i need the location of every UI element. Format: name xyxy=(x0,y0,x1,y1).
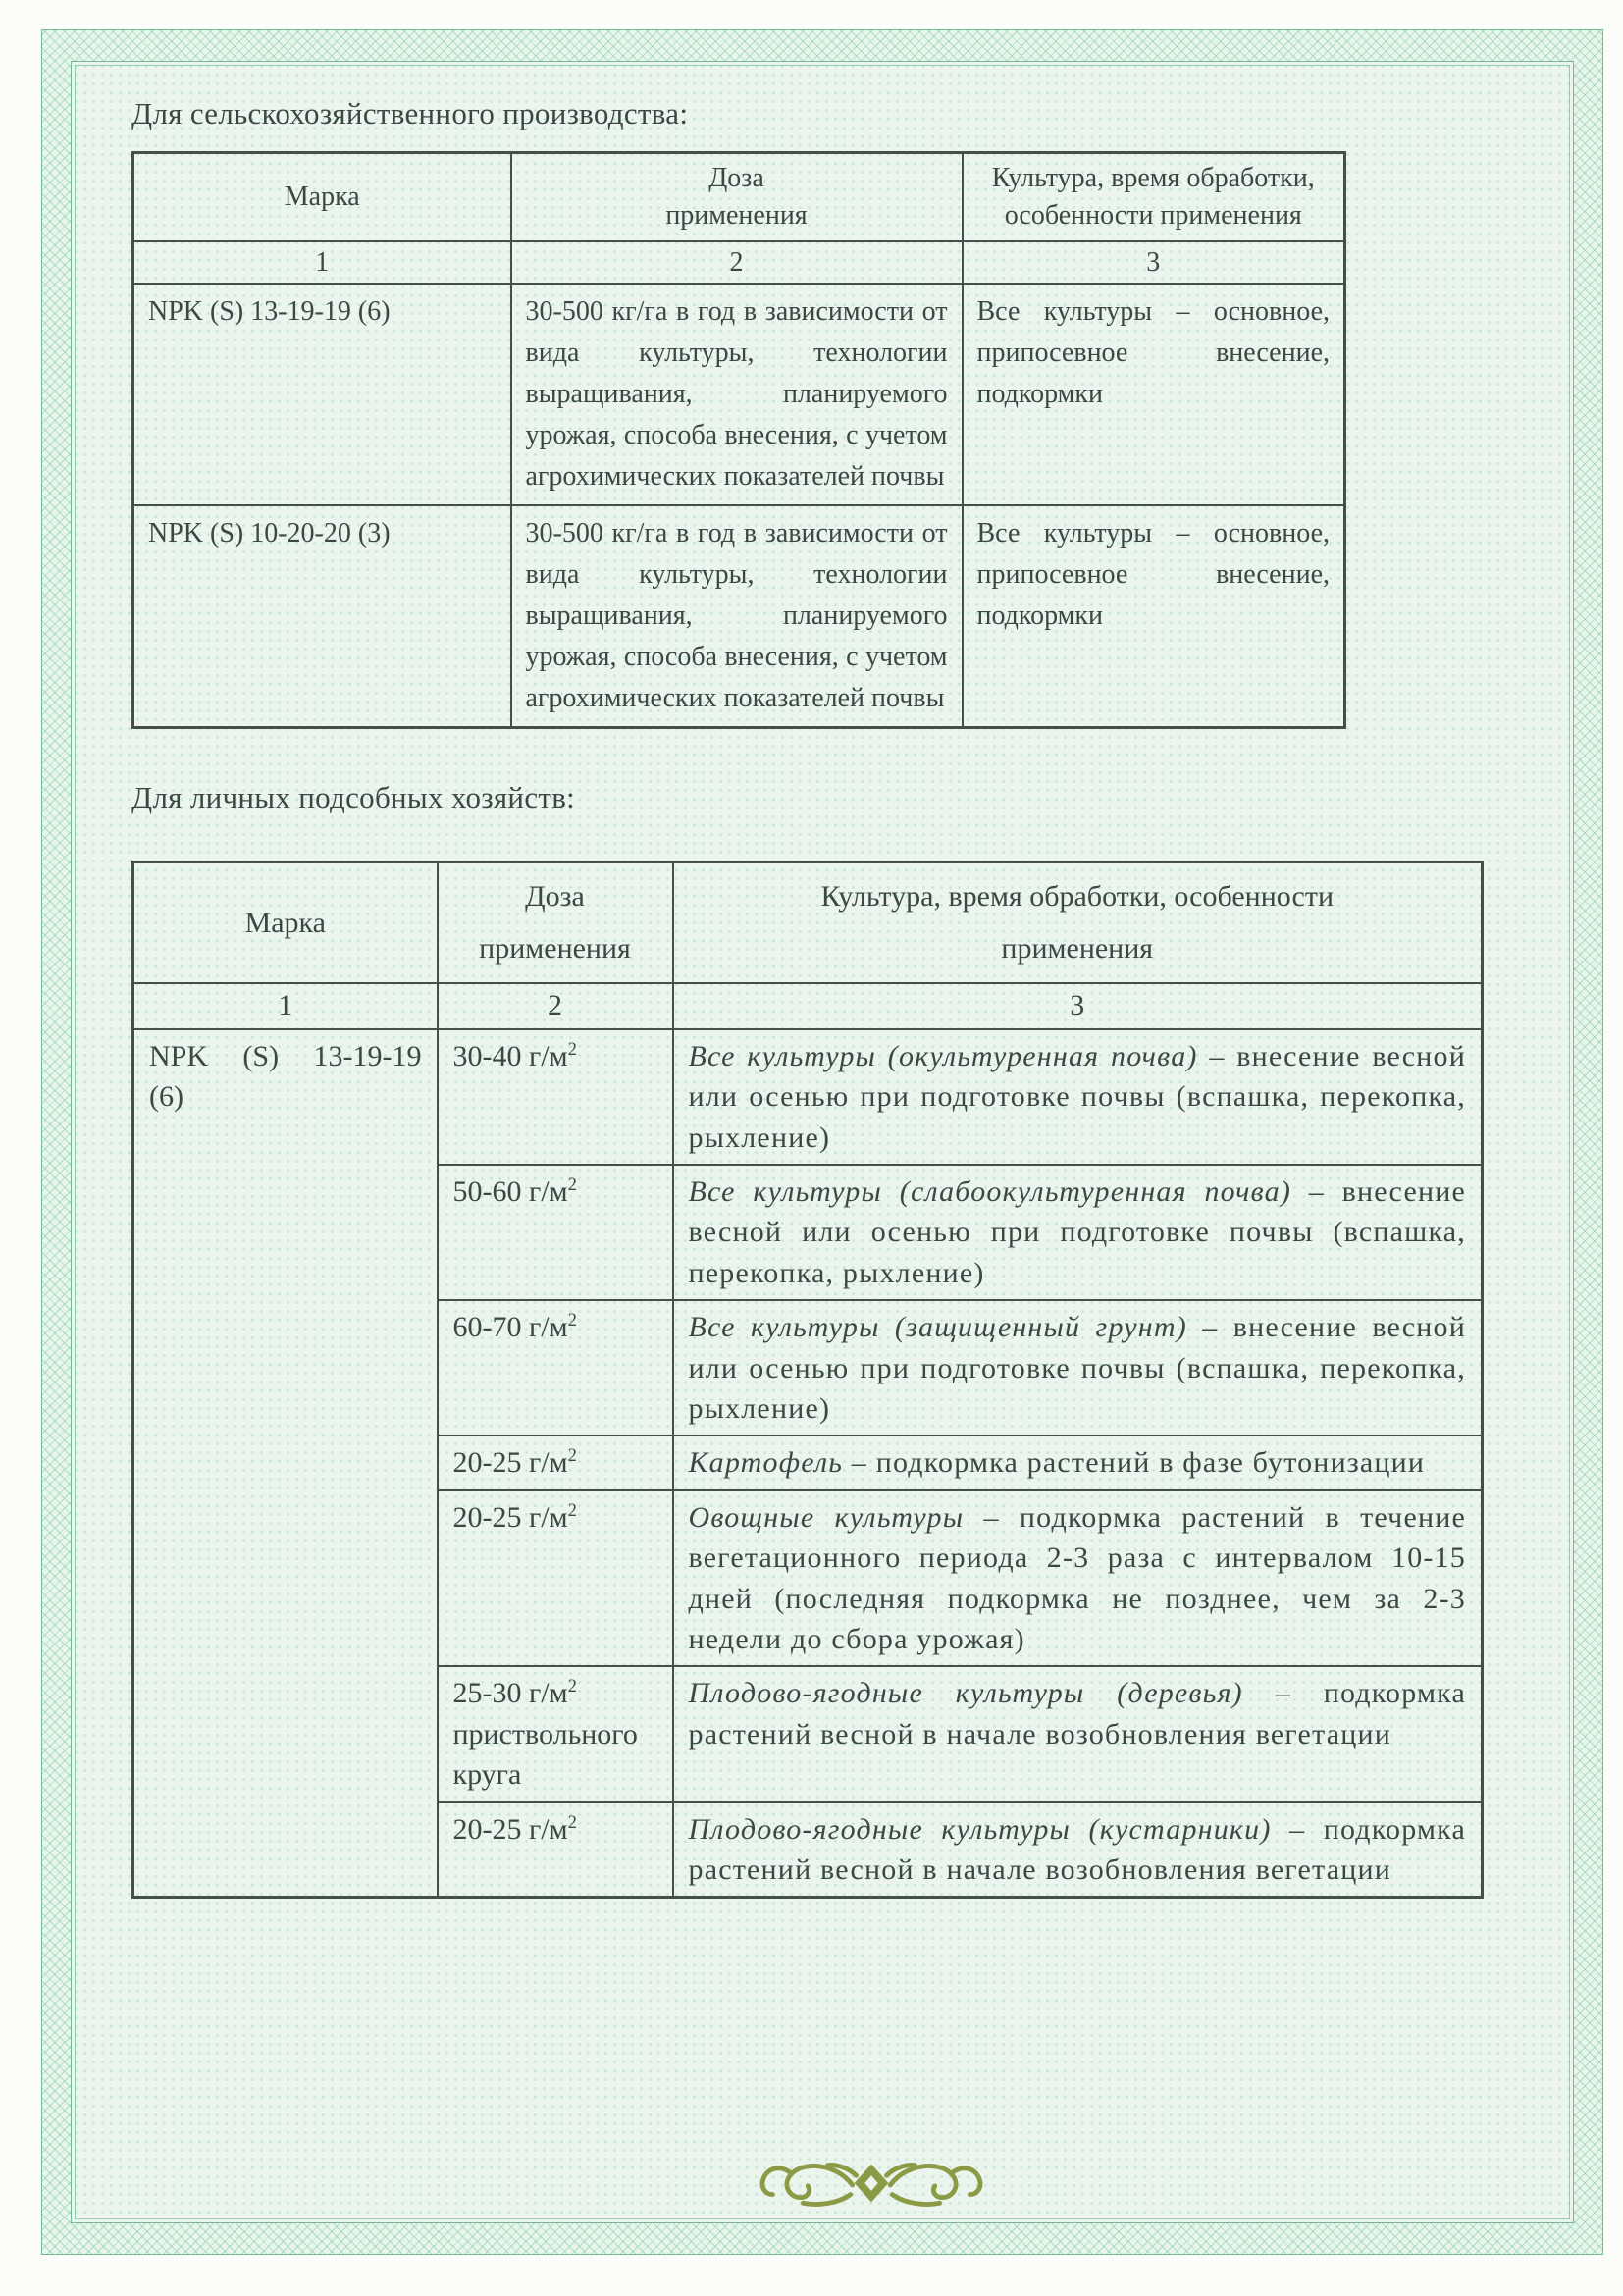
culture-cell: Все культуры (окультуренная почва) – вне… xyxy=(673,1029,1483,1165)
culture-cell: Плодово-ягодные культуры (кустарники) – … xyxy=(673,1802,1483,1898)
culture-description: – подкормка растений в фазе бутонизации xyxy=(852,1446,1425,1479)
table-row: NPK (S) 13-19-19 (6) 30-40 г/м2 Все куль… xyxy=(133,1029,1483,1165)
culture-name: Все культуры (слабоокультуренная почва) xyxy=(689,1175,1292,1208)
culture-name: Все культуры (окультуренная почва) xyxy=(689,1040,1198,1072)
culture-cell: Все культуры (защищенный грунт) – внесен… xyxy=(673,1300,1483,1435)
dose-extra: приствольного круга xyxy=(453,1714,657,1796)
column-number-row: 1 2 3 xyxy=(133,983,1483,1029)
dose-superscript: 2 xyxy=(568,1676,577,1696)
culture-cell: Все культуры (слабоокультуренная почва) … xyxy=(673,1165,1483,1300)
culture-cell: Плодово-ягодные культуры (деревья) – под… xyxy=(673,1666,1483,1801)
header-culture: Культура, время обработки, особенности п… xyxy=(963,153,1345,241)
dose-cell: 25-30 г/м2приствольного круга xyxy=(438,1666,673,1801)
dose-cell: 50-60 г/м2 xyxy=(438,1165,673,1300)
culture-cell: Овощные культуры – подкормка растений в … xyxy=(673,1490,1483,1667)
column-number-2: 2 xyxy=(511,241,963,285)
column-number-row: 1 2 3 xyxy=(133,241,1345,285)
document-content: Для сельскохозяйственного производства: … xyxy=(71,61,1574,2223)
column-number-1: 1 xyxy=(133,983,438,1029)
dose-superscript: 2 xyxy=(568,1310,577,1331)
document-page: Для сельскохозяйственного производства: … xyxy=(0,0,1623,2296)
dose-cell: 30-500 кг/га в год в зависимости от вида… xyxy=(511,284,963,505)
dose-superscript: 2 xyxy=(568,1039,577,1060)
dose-cell: 20-25 г/м2 xyxy=(438,1802,673,1898)
floral-vignette-icon xyxy=(756,2155,987,2212)
dose-value: 20-25 г/м xyxy=(453,1501,568,1534)
agricultural-table: Марка Доза применения Культура, время об… xyxy=(131,151,1346,729)
dose-superscript: 2 xyxy=(568,1174,577,1195)
culture-name: Картофель xyxy=(689,1446,844,1479)
culture-cell: Все культуры – основное, припосевное вне… xyxy=(963,505,1345,728)
dose-cell: 30-40 г/м2 xyxy=(438,1029,673,1165)
dose-cell: 20-25 г/м2 xyxy=(438,1435,673,1489)
header-dose: Доза применения xyxy=(438,862,673,984)
culture-name: Овощные культуры xyxy=(689,1501,965,1534)
culture-cell: Картофель – подкормка растений в фазе бу… xyxy=(673,1435,1483,1489)
dose-superscript: 2 xyxy=(568,1445,577,1466)
dose-superscript: 2 xyxy=(568,1812,577,1833)
dose-cell: 60-70 г/м2 xyxy=(438,1300,673,1435)
column-number-3: 3 xyxy=(963,241,1345,285)
mark-cell: NPK (S) 13-19-19 (6) xyxy=(133,284,511,505)
dose-superscript: 2 xyxy=(568,1500,577,1521)
mark-cell: NPK (S) 13-19-19 (6) xyxy=(133,1029,438,1898)
header-mark: Марка xyxy=(133,862,438,984)
dose-value: 25-30 г/м xyxy=(453,1677,568,1709)
household-table: Марка Доза применения Культура, время об… xyxy=(131,861,1484,1899)
dose-value: 20-25 г/м xyxy=(453,1446,568,1479)
section-heading-agricultural: Для сельскохозяйственного производства: xyxy=(131,96,1574,131)
header-culture: Культура, время обработки, особенности п… xyxy=(673,862,1483,984)
header-dose: Доза применения xyxy=(511,153,963,241)
header-mark: Марка xyxy=(133,153,511,241)
vignette-scroll xyxy=(762,2165,857,2204)
vignette-diamond xyxy=(855,2165,889,2203)
column-number-3: 3 xyxy=(673,983,1483,1029)
table-header-row: Марка Доза применения Культура, время об… xyxy=(133,862,1483,984)
culture-name: Все культуры (защищенный грунт) xyxy=(689,1311,1187,1343)
dose-value: 60-70 г/м xyxy=(453,1311,568,1343)
column-number-2: 2 xyxy=(438,983,673,1029)
table-row: NPK (S) 10-20-20 (3) 30-500 кг/га в год … xyxy=(133,505,1345,728)
dose-value: 30-40 г/м xyxy=(453,1040,568,1072)
table-row: NPK (S) 13-19-19 (6) 30-500 кг/га в год … xyxy=(133,284,1345,505)
dose-cell: 20-25 г/м2 xyxy=(438,1490,673,1667)
table-header-row: Марка Доза применения Культура, время об… xyxy=(133,153,1345,241)
culture-cell: Все культуры – основное, припосевное вне… xyxy=(963,284,1345,505)
mark-cell: NPK (S) 10-20-20 (3) xyxy=(133,505,511,728)
culture-name: Плодово-ягодные культуры (деревья) xyxy=(689,1677,1243,1709)
culture-name: Плодово-ягодные культуры (кустарники) xyxy=(689,1813,1272,1846)
dose-cell: 30-500 кг/га в год в зависимости от вида… xyxy=(511,505,963,728)
column-number-1: 1 xyxy=(133,241,511,285)
dose-value: 50-60 г/м xyxy=(453,1175,568,1208)
dose-value: 20-25 г/м xyxy=(453,1813,568,1846)
section-heading-household: Для личных подсобных хозяйств: xyxy=(131,780,1574,815)
